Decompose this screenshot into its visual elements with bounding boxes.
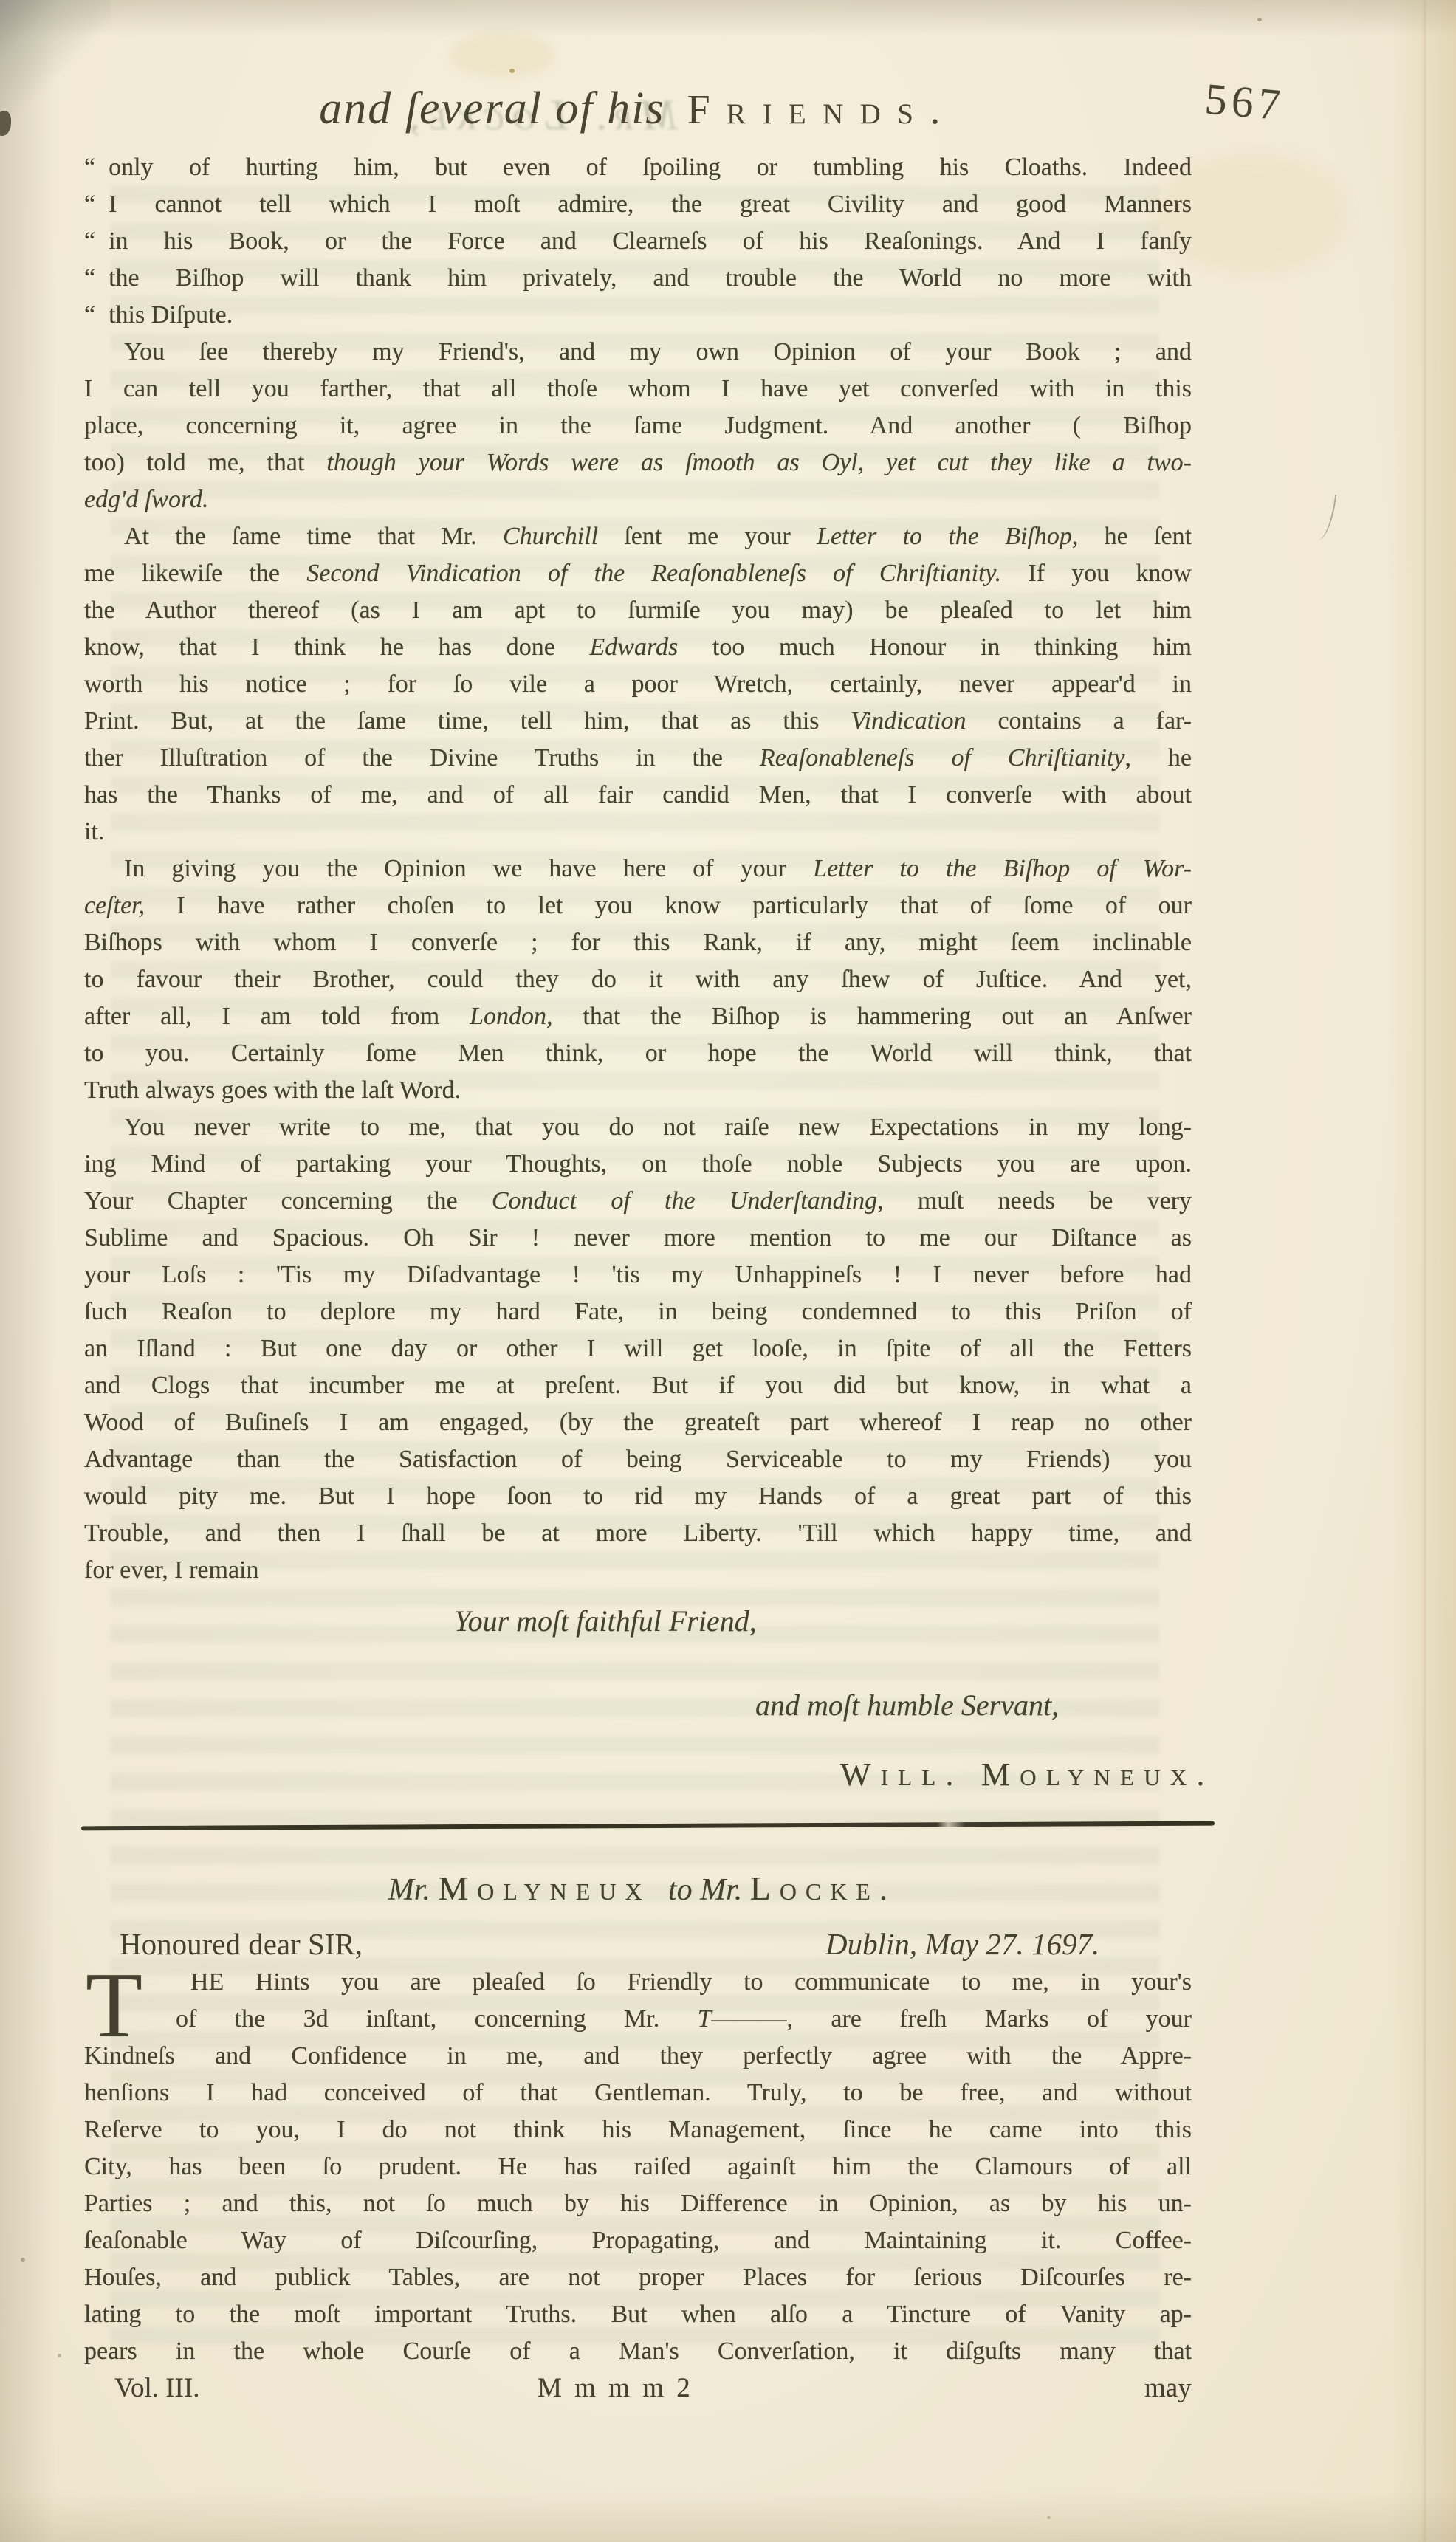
text-segment: London, bbox=[470, 1003, 552, 1030]
running-title-italic: and ſeveral of his bbox=[319, 83, 665, 134]
drop-cap: T bbox=[86, 1969, 142, 2043]
text-segment: lating to the moſt important Truths. But… bbox=[84, 2301, 1192, 2328]
text-segment: Mr. bbox=[388, 1873, 439, 1907]
text-line: know, that I think he has done Edwards t… bbox=[84, 629, 1192, 666]
ink-speck bbox=[1257, 18, 1262, 21]
text-line: place, concerning it, agree in the ſame … bbox=[84, 408, 1192, 444]
ink-speck bbox=[509, 69, 515, 73]
text-line: an Iſland : But one day or other I will … bbox=[84, 1330, 1192, 1367]
text-segment: City, has been ſo prudent. He has raiſed… bbox=[84, 2153, 1192, 2180]
text-segment: too much Honour in thinking him bbox=[678, 633, 1192, 661]
text-segment: would pity me. But I hope ſoon to rid my… bbox=[84, 1483, 1192, 1510]
closing-line-2: and moſt humble Servant, bbox=[755, 1688, 1059, 1722]
text-segment: to favour their Brother, could they do i… bbox=[84, 966, 1192, 993]
page-crease bbox=[1424, 0, 1426, 2542]
text-line: Advantage than the Satisfaction of being… bbox=[84, 1441, 1192, 1478]
text-segment: HE Hints you are pleaſed ſo Friendly to … bbox=[190, 1968, 1192, 1996]
quote-mark: “ bbox=[84, 301, 95, 329]
text-segment: henſions I had conceived of that Gentlem… bbox=[84, 2079, 1192, 2106]
text-segment: this Diſpute. bbox=[109, 301, 233, 329]
running-title-caps: Friends. bbox=[687, 87, 957, 133]
text-line: pears in the whole Courſe of a Man's Con… bbox=[84, 2333, 1192, 2370]
volume-label: Vol. III. bbox=[114, 2370, 199, 2407]
text-segment: of the 3d inſtant, concerning Mr. bbox=[176, 2005, 698, 2033]
text-segment: know, that I think he has done bbox=[84, 633, 590, 661]
text-line: ing Mind of partaking your Thoughts, on … bbox=[84, 1146, 1192, 1183]
text-line: “the Biſhop will thank him privately, an… bbox=[84, 260, 1192, 297]
text-line: Biſhops with whom I converſe ; for this … bbox=[84, 924, 1192, 961]
text-segment: Second Vindication of the Reaſonableneſs… bbox=[306, 560, 1001, 587]
text-segment: Wood of Buſineſs I am engaged, (by the g… bbox=[84, 1409, 1192, 1436]
text-segment: Vindication bbox=[851, 707, 966, 735]
text-segment: and Clogs that incumber me at preſent. B… bbox=[84, 1372, 1192, 1399]
text-segment: Your Chapter concerning the bbox=[84, 1187, 492, 1215]
text-line: You ſee thereby my Friend's, and my own … bbox=[84, 334, 1192, 371]
text-line: City, has been ſo prudent. He has raiſed… bbox=[84, 2148, 1192, 2185]
text-segment: Houſes, and publick Tables, are not prop… bbox=[84, 2264, 1192, 2291]
text-segment: the Author thereof (as I am apt to ſurmi… bbox=[84, 597, 1192, 624]
text-segment: edg'd ſword. bbox=[84, 486, 208, 513]
text-line: ſuch Reaſon to deplore my hard Fate, in … bbox=[84, 1294, 1192, 1330]
salutation: Honoured dear SIR, bbox=[120, 1926, 363, 1962]
text-line: to favour their Brother, could they do i… bbox=[84, 961, 1192, 998]
text-line: In giving you the Opinion we have here o… bbox=[84, 851, 1192, 887]
text-segment: in his Book, or the Force and Clearneſs … bbox=[109, 227, 1192, 255]
text-segment: ———, are freſh Marks of your bbox=[712, 2005, 1192, 2033]
quote-mark: “ bbox=[84, 190, 95, 218]
text-segment: Parties ; and this, not ſo much by his D… bbox=[84, 2190, 1192, 2217]
text-line: has the Thanks of me, and of all fair ca… bbox=[84, 777, 1192, 814]
text-segment: I cannot tell which I moſt admire, the g… bbox=[109, 190, 1192, 218]
text-segment: me likewiſe the bbox=[84, 560, 306, 587]
text-line: to you. Certainly ſome Men think, or hop… bbox=[84, 1035, 1192, 1072]
text-segment: In giving you the Opinion we have here o… bbox=[124, 855, 813, 882]
text-segment: Edwards bbox=[590, 633, 679, 661]
text-segment: an Iſland : But one day or other I will … bbox=[84, 1335, 1192, 1362]
text-segment: ceſter, bbox=[84, 892, 145, 919]
text-segment: T bbox=[698, 2005, 712, 2033]
page-edge-right bbox=[1390, 0, 1456, 2542]
text-segment: You ſee thereby my Friend's, and my own … bbox=[124, 338, 1192, 365]
signature-name: Will. Molyneux. bbox=[840, 1756, 1215, 1793]
text-line: your Loſs : 'Tis my Diſadvantage ! 'tis … bbox=[84, 1257, 1192, 1294]
text-segment: I can tell you farther, that all thoſe w… bbox=[84, 375, 1192, 402]
text-segment: for ever, I remain bbox=[84, 1556, 259, 1584]
page-number: 567 bbox=[1203, 73, 1287, 131]
page-edge-left bbox=[0, 0, 66, 2542]
dateline: Dublin, May 27. 1697. bbox=[825, 1926, 1099, 1962]
text-line: the Author thereof (as I am apt to ſurmi… bbox=[84, 592, 1192, 629]
text-segment: ther Illuſtration of the Divine Truths i… bbox=[84, 744, 760, 772]
text-segment: ing Mind of partaking your Thoughts, on … bbox=[84, 1150, 1192, 1178]
text-segment: has the Thanks of me, and of all fair ca… bbox=[84, 781, 1192, 808]
text-line: I can tell you farther, that all thoſe w… bbox=[84, 371, 1192, 408]
scan-hair-mark bbox=[1310, 492, 1337, 541]
text-segment: Conduct of the Underſtanding bbox=[492, 1187, 877, 1215]
text-line: Houſes, and publick Tables, are not prop… bbox=[84, 2259, 1192, 2296]
text-line: Truth always goes with the laſt Word. bbox=[84, 1072, 1192, 1109]
text-line: henſions I had conceived of that Gentlem… bbox=[84, 2075, 1192, 2112]
text-segment: ſent me your bbox=[598, 523, 817, 550]
text-segment: Kindneſs and Confidence in me, and they … bbox=[84, 2042, 1192, 2069]
text-line: Your Chapter concerning the Conduct of t… bbox=[84, 1183, 1192, 1220]
signature-mark: M m m m 2 bbox=[538, 2370, 693, 2407]
text-line: “I cannot tell which I moſt admire, the … bbox=[84, 186, 1192, 223]
text-segment: that the Biſhop is hammering out an Anſw… bbox=[552, 1003, 1192, 1030]
text-line: lating to the moſt important Truths. But… bbox=[84, 2296, 1192, 2333]
text-segment: Print. But, at the ſame time, tell him, … bbox=[84, 707, 851, 735]
text-line: too) told me, that though your Words wer… bbox=[84, 444, 1192, 481]
text-segment: Biſhops with whom I converſe ; for this … bbox=[84, 929, 1192, 956]
text-segment: worth his notice ; for ſo vile a poor Wr… bbox=[84, 670, 1192, 698]
text-segment: after all, I am told from bbox=[84, 1003, 470, 1030]
ink-speck bbox=[21, 2258, 25, 2262]
text-segment: You never write to me, that you do not r… bbox=[124, 1113, 1192, 1141]
text-segment: pears in the whole Courſe of a Man's Con… bbox=[84, 2337, 1192, 2365]
text-segment: to you. Certainly ſome Men think, or hop… bbox=[84, 1040, 1192, 1067]
text-segment: contains a far- bbox=[966, 707, 1192, 735]
text-line: You never write to me, that you do not r… bbox=[84, 1109, 1192, 1146]
text-line: Print. But, at the ſame time, tell him, … bbox=[84, 703, 1192, 740]
paper-stain bbox=[450, 32, 554, 77]
text-segment: If you know bbox=[1001, 560, 1192, 587]
text-segment: Trouble, and then I ſhall be at more Lib… bbox=[84, 1519, 1192, 1547]
text-segment: , muſt needs be very bbox=[877, 1187, 1192, 1215]
text-line: “this Diſpute. bbox=[84, 297, 1192, 334]
text-line: me likewiſe the Second Vindication of th… bbox=[84, 555, 1192, 592]
text-segment: , he bbox=[1124, 744, 1192, 772]
text-line: Parties ; and this, not ſo much by his D… bbox=[84, 2185, 1192, 2222]
text-line: ſeaſonable Way of Diſcourſing, Propagati… bbox=[84, 2222, 1192, 2259]
text-segment: it. bbox=[84, 818, 104, 845]
text-segment: only of hurting him, but even of ſpoilin… bbox=[109, 154, 1192, 181]
text-segment: ſeaſonable Way of Diſcourſing, Propagati… bbox=[84, 2227, 1192, 2254]
page-edge-bottom bbox=[0, 2490, 1456, 2542]
text-segment: the Biſhop will thank him privately, and… bbox=[109, 264, 1192, 292]
running-head: and ſeveral of his Friends. bbox=[84, 83, 1192, 151]
book-page-scan: Mr. Locke, and ſeveral of his Friends. 5… bbox=[0, 0, 1456, 2542]
letter-heading: Mr. Molyneux to Mr. Locke. bbox=[84, 1866, 1201, 1911]
text-line: of the 3d inſtant, concerning Mr. T———, … bbox=[176, 2001, 1192, 2038]
text-segment: Truth always goes with the laſt Word. bbox=[84, 1076, 461, 1104]
text-line: ther Illuſtration of the Divine Truths i… bbox=[84, 740, 1192, 777]
text-segment: too) told me, that bbox=[84, 449, 326, 476]
text-line: it. bbox=[84, 814, 1192, 851]
text-line: Reſerve to you, I do not think his Manag… bbox=[84, 2112, 1192, 2148]
text-segment: At the ſame time that Mr. bbox=[124, 523, 503, 550]
ink-speck bbox=[1047, 2516, 1051, 2519]
text-line: for ever, I remain bbox=[84, 1552, 1192, 1589]
ink-speck bbox=[58, 2354, 61, 2357]
text-segment: Molyneux bbox=[438, 1869, 667, 1907]
text-line: “only of hurting him, but even of ſpoili… bbox=[84, 149, 1192, 186]
text-segment: Churchill bbox=[503, 523, 598, 550]
text-line: Sublime and Spacious. Oh Sir ! never mor… bbox=[84, 1220, 1192, 1257]
text-line: would pity me. But I hope ſoon to rid my… bbox=[84, 1478, 1192, 1515]
text-segment: I have rather choſen to let you know par… bbox=[145, 892, 1192, 919]
text-line: Trouble, and then I ſhall be at more Lib… bbox=[84, 1515, 1192, 1552]
closing-line-1: Your moſt faithful Friend, bbox=[454, 1604, 757, 1638]
page-edge-top bbox=[0, 0, 1456, 37]
text-line: edg'd ſword. bbox=[84, 481, 1192, 518]
text-line: worth his notice ; for ſo vile a poor Wr… bbox=[84, 666, 1192, 703]
text-segment: Reſerve to you, I do not think his Manag… bbox=[84, 2116, 1192, 2143]
text-segment: , he ſent bbox=[1072, 523, 1192, 550]
text-segment: Mr. bbox=[700, 1873, 750, 1907]
text-segment: place, concerning it, agree in the ſame … bbox=[84, 412, 1192, 439]
text-segment: Reaſonableneſs of Chriſtianity bbox=[760, 744, 1125, 772]
quote-mark: “ bbox=[84, 227, 95, 255]
text-segment: Sublime and Spacious. Oh Sir ! never mor… bbox=[84, 1224, 1192, 1251]
quote-mark: “ bbox=[84, 154, 95, 181]
text-segment: Locke. bbox=[750, 1869, 896, 1907]
text-segment: though your Words were as ſmooth as Oyl,… bbox=[326, 449, 1192, 476]
text-segment: your Loſs : 'Tis my Diſadvantage ! 'tis … bbox=[84, 1261, 1192, 1288]
quote-mark: “ bbox=[84, 264, 95, 292]
text-line: after all, I am told from London, that t… bbox=[84, 998, 1192, 1035]
text-segment: Advantage than the Satisfaction of being… bbox=[84, 1446, 1192, 1473]
text-line: and Clogs that incumber me at preſent. B… bbox=[84, 1367, 1192, 1404]
catchword: may bbox=[1144, 2370, 1192, 2407]
text-line: ceſter, I have rather choſen to let you … bbox=[84, 887, 1192, 924]
text-line: Kindneſs and Confidence in me, and they … bbox=[84, 2038, 1192, 2075]
text-segment: ſuch Reaſon to deplore my hard Fate, in … bbox=[84, 1298, 1192, 1325]
text-line: “in his Book, or the Force and Clearneſs… bbox=[84, 223, 1192, 260]
text-segment: Letter to the Biſhop bbox=[817, 523, 1072, 550]
text-line: At the ſame time that Mr. Churchill ſent… bbox=[84, 518, 1192, 555]
text-line: Wood of Buſineſs I am engaged, (by the g… bbox=[84, 1404, 1192, 1441]
text-segment: Letter to the Biſhop of Wor- bbox=[813, 855, 1192, 882]
text-line: HE Hints you are pleaſed ſo Friendly to … bbox=[190, 1964, 1192, 2001]
text-segment: to bbox=[668, 1873, 700, 1907]
